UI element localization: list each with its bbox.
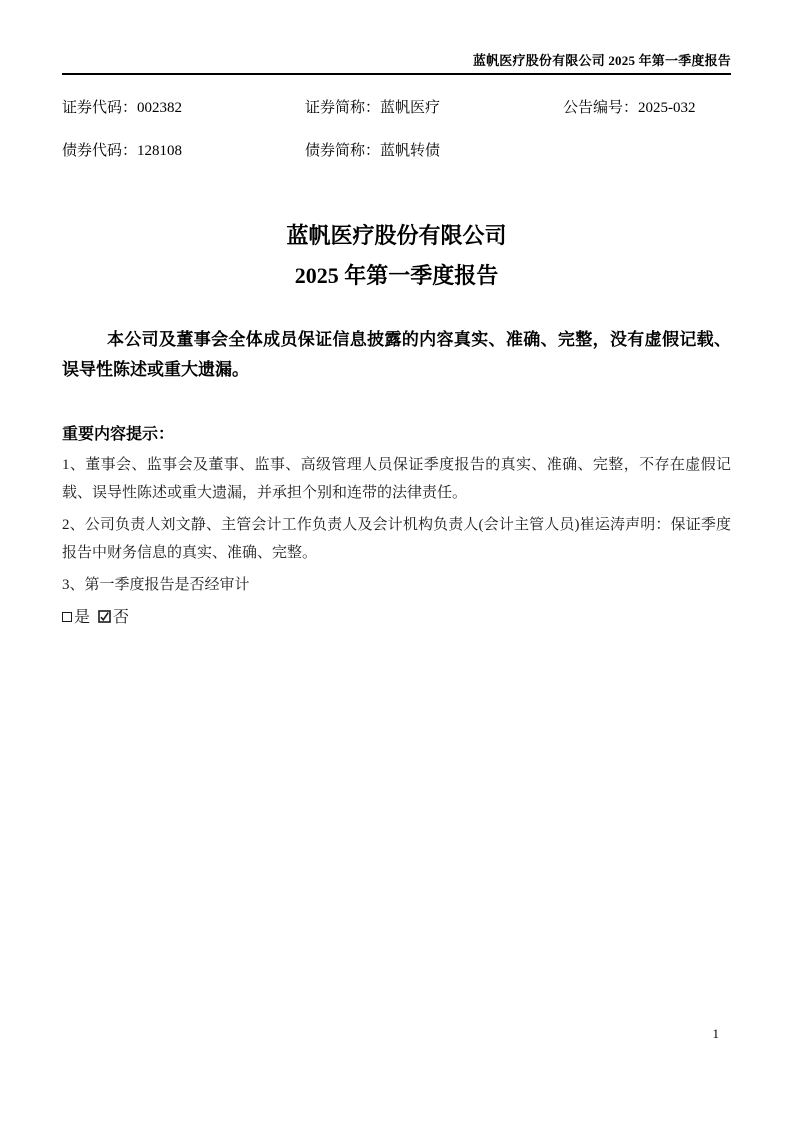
audit-no-label: 否 [113, 609, 129, 626]
audit-yes-label: 是 [74, 609, 90, 626]
notice-item-1: 1、董事会、监事会及董事、监事、高级管理人员保证季度报告的真实、准确、完整，不存… [62, 451, 731, 507]
checkbox-yes-unchecked-icon [62, 612, 72, 622]
important-notice-heading: 重要内容提示： [62, 421, 174, 444]
bond-abbr-label: 债券简称： [305, 143, 380, 159]
bond-code-value: 128108 [137, 143, 182, 159]
report-period-title: 2025 年第一季度报告 [62, 259, 731, 290]
report-cover-page: 蓝帆医疗股份有限公司 2025 年第一季度报告 证券代码：002382 证券简称… [0, 0, 793, 1122]
announcement-number-cell: 公告编号：2025-032 [563, 96, 696, 117]
announcement-number-value: 2025-032 [638, 100, 696, 116]
security-abbr-label: 证券简称： [305, 100, 380, 116]
notice-item-3: 3、第一季度报告是否经审计 [62, 571, 731, 599]
security-code-value: 002382 [137, 100, 182, 116]
company-name-title: 蓝帆医疗股份有限公司 [62, 219, 731, 250]
board-declaration: 本公司及董事会全体成员保证信息披露的内容真实、准确、完整，没有虚假记载、误导性陈… [62, 325, 731, 385]
bond-abbr-cell: 债券简称：蓝帆转债 [305, 139, 440, 160]
bond-code-cell: 债券代码：128108 [62, 139, 182, 160]
audit-answer-row: 是否 [62, 604, 137, 627]
notice-item-2: 2、公司负责人刘文静、主管会计工作负责人及会计机构负责人(会计主管人员)崔运涛声… [62, 511, 731, 567]
checkbox-no-checked-icon [98, 610, 111, 623]
security-abbr-cell: 证券简称：蓝帆医疗 [305, 96, 440, 117]
bond-abbr-value: 蓝帆转债 [380, 143, 440, 159]
audit-option-no: 否 [98, 609, 129, 626]
page-number: 1 [713, 1026, 720, 1042]
running-header: 蓝帆医疗股份有限公司 2025 年第一季度报告 [473, 50, 731, 69]
security-abbr-value: 蓝帆医疗 [380, 100, 440, 116]
announcement-number-label: 公告编号： [563, 100, 638, 116]
bond-code-label: 债券代码： [62, 143, 137, 159]
header-divider [62, 73, 731, 75]
audit-option-yes: 是 [62, 609, 90, 626]
security-code-cell: 证券代码：002382 [62, 96, 182, 117]
security-code-label: 证券代码： [62, 100, 137, 116]
